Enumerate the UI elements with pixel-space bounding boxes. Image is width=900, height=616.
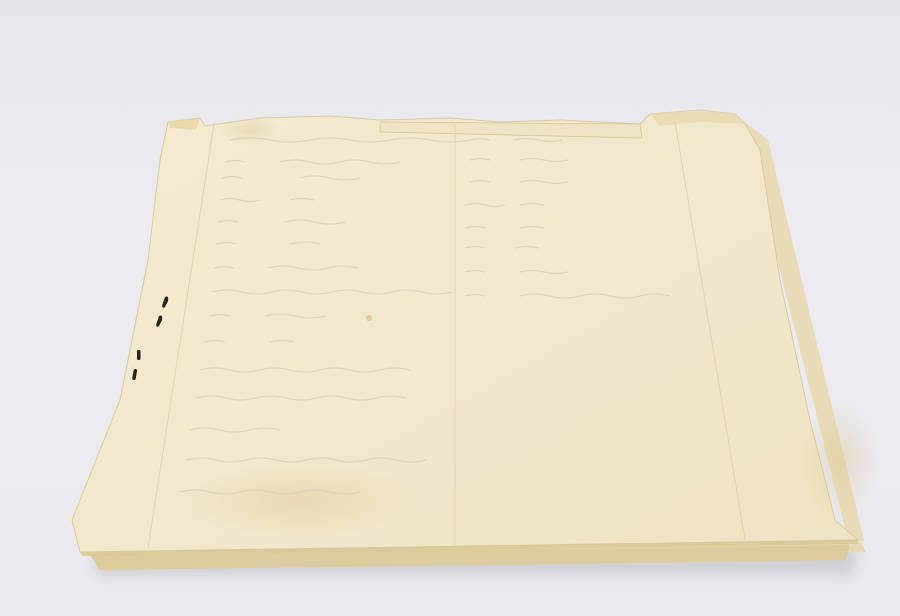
photo-scene: Photograph of an aged, yellowed sheet (o… <box>0 0 900 616</box>
paper-document <box>0 0 900 616</box>
age-stain <box>800 400 880 520</box>
staple-hole <box>137 350 141 360</box>
